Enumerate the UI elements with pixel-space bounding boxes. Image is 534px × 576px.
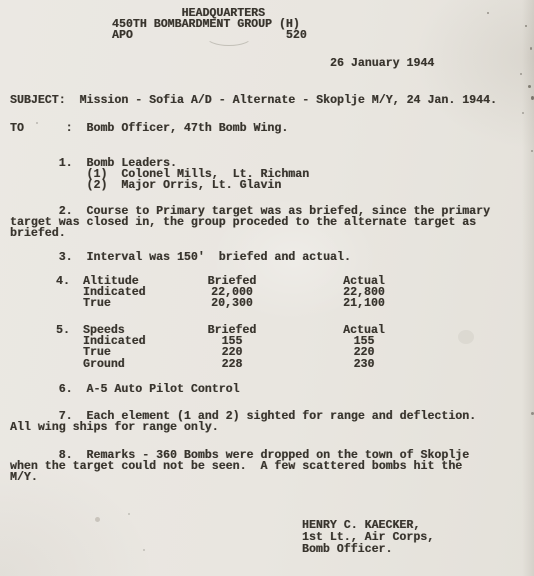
paper-speck — [128, 513, 130, 515]
item-8-line-3: M/Y. — [10, 472, 469, 483]
actual-value: 230 — [322, 359, 406, 370]
paper-speck — [487, 12, 489, 14]
row-label: True — [83, 347, 111, 358]
item-3-line: 3. Interval was 150' briefed and actual. — [10, 252, 351, 263]
item-1-bomb-leaders: 1. Bomb Leaders. (1) Colonel Mills, Lt. … — [10, 158, 309, 192]
briefed-value: 220 — [190, 347, 274, 358]
paper-speck — [530, 47, 532, 50]
item-8-line-2: when the target could not be seen. A few… — [10, 461, 469, 472]
to-text: TO : Bomb Officer, 47th Bomb Wing. — [10, 123, 288, 134]
row-label: True — [83, 298, 111, 309]
paper-speck — [520, 73, 522, 75]
subject-line: SUBJECT: Mission - Sofia A/D - Alternate… — [10, 95, 497, 106]
actual-value: 21,100 — [322, 298, 406, 309]
document-page: HEADQUARTERS 450TH BOMBARDMENT GROUP (H)… — [0, 0, 534, 576]
item-7-sighting: 7. Each element (1 and 2) sighted for ra… — [10, 411, 476, 433]
paper-smudge — [95, 517, 100, 522]
item-8-remarks: 8. Remarks - 360 Bombs were dropped on t… — [10, 450, 469, 484]
item-2-course-paragraph: 2. Course to Primary target was as brief… — [10, 206, 490, 240]
paper-speck — [522, 112, 524, 114]
item-2-line-2: target was closed in, the group proceded… — [10, 217, 490, 228]
item-2-line-3: briefed. — [10, 228, 490, 239]
signature-title: Bomb Officer. — [302, 544, 434, 556]
row-label: Ground — [83, 359, 125, 370]
item-6-autopilot: 6. A-5 Auto Pilot Control — [10, 384, 240, 395]
item-4-number: 4. — [56, 276, 70, 287]
paper-speck — [143, 549, 145, 551]
letterhead-apo-line: APO 520 — [112, 30, 307, 41]
bomb-leader-2: (2) Major Orris, Lt. Glavin — [10, 180, 309, 191]
signature-block: HENRY C. KAECKER, 1st Lt., Air Corps, Bo… — [302, 520, 434, 556]
letterhead: HEADQUARTERS 450TH BOMBARDMENT GROUP (H)… — [112, 8, 307, 42]
date-line: 26 January 1944 — [330, 58, 434, 69]
paper-speck — [531, 150, 533, 152]
item-7-line-2: All wing ships for range only. — [10, 422, 476, 433]
item-6-line: 6. A-5 Auto Pilot Control — [10, 384, 240, 395]
document-date: 26 January 1944 — [330, 58, 434, 69]
item-5-number: 5. — [56, 325, 70, 336]
briefed-value: 20,300 — [190, 298, 274, 309]
paper-speck — [525, 25, 527, 27]
paper-speck — [528, 85, 531, 88]
briefed-value: 228 — [190, 359, 274, 370]
to-line: TO : Bomb Officer, 47th Bomb Wing. — [10, 123, 288, 134]
actual-value: 220 — [322, 347, 406, 358]
item-3-interval: 3. Interval was 150' briefed and actual. — [10, 252, 351, 263]
subject-text: SUBJECT: Mission - Sofia A/D - Alternate… — [10, 95, 497, 106]
paper-smudge — [458, 330, 474, 344]
